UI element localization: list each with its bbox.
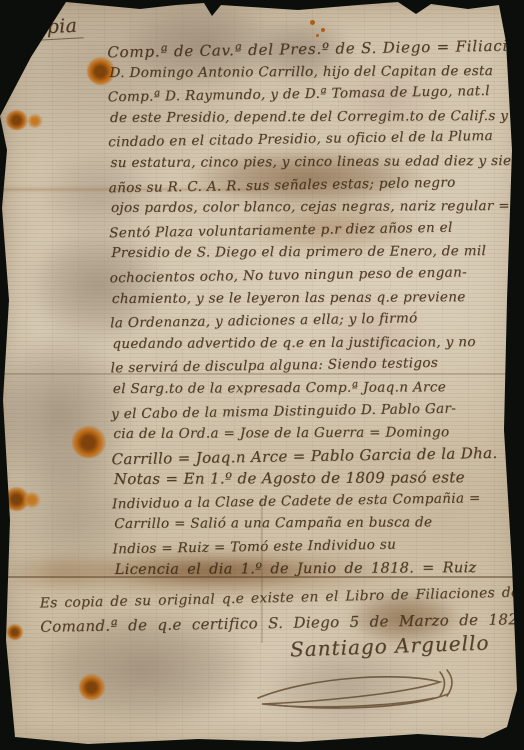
- rust-spot: [79, 674, 105, 700]
- manuscript-line: la Ordenanza, y adiciones a ella; y lo f…: [110, 306, 512, 335]
- rust-spot: [87, 57, 115, 85]
- manuscript-line: Licencia el dia 1.º de Junio de 1818. = …: [115, 557, 517, 582]
- manuscript-line: de este Presidio, depend.te del Corregim…: [110, 105, 512, 130]
- rust-speck: [310, 20, 315, 25]
- manuscript-line: Comp.ª D. Raymundo, y de D.ª Tomasa de L…: [108, 80, 510, 109]
- mottling-stain: [118, 0, 293, 88]
- certification-line: Es copia de su original q.e existe en el…: [39, 581, 521, 617]
- manuscript-line: el Sarg.to de la expresada Comp.ª Joaq.n…: [113, 376, 515, 401]
- manuscript-line: su estatura, cinco pies, y cinco lineas …: [110, 150, 512, 175]
- signature-text: Santiago Arguello: [290, 631, 490, 662]
- mottling-stain: [300, 268, 450, 398]
- manuscript-line: chamiento, y se le leyeron las penas q.e…: [112, 285, 514, 310]
- rust-spot: [27, 114, 43, 128]
- mottling-stain: [252, 16, 352, 86]
- rust-spot: [6, 110, 28, 130]
- fold-crease: [0, 576, 524, 578]
- rust-spot: [5, 487, 29, 511]
- mottling-stain: [258, 640, 430, 732]
- manuscript-line: Sentó Plaza voluntariamente p.r diez año…: [109, 215, 511, 244]
- rust-spot: [72, 426, 106, 458]
- mottling-stain: [38, 148, 158, 240]
- mottling-stain: [8, 438, 140, 588]
- manuscript-line: Carrillo = Joaq.n Arce = Pablo Garcia de…: [111, 441, 513, 470]
- copy-label: Copia: [17, 14, 83, 41]
- manuscript-line: Individuo a la Clase de Cadete de esta C…: [112, 487, 514, 516]
- rust-spot: [7, 624, 23, 640]
- manuscript-line: ochocientos ocho, No tuvo ningun peso de…: [109, 261, 511, 290]
- signature-flourish: [252, 660, 462, 718]
- rust-spot: [23, 492, 41, 508]
- rust-speck: [321, 28, 325, 32]
- manuscript-line: D. Domingo Antonio Carrillo, hijo del Ca…: [109, 60, 511, 85]
- manuscript-body: Comp.ª de Cav.ª del Pres.º de S. Diego =…: [107, 36, 515, 582]
- mottling-stain: [30, 608, 260, 730]
- fold-crease: [0, 188, 260, 191]
- fold-crease: [0, 373, 524, 375]
- fold-smudge: [0, 555, 120, 590]
- certification-line: Comand.ª de q.e certifico S. Diego 5 de …: [40, 607, 522, 640]
- manuscript-line: Notas = En 1.º de Agosto de 1809 pasó es…: [114, 466, 516, 491]
- fold-smudge: [85, 555, 335, 587]
- manuscript-line: Indios = Ruiz = Tomó este Individuo su: [112, 532, 514, 561]
- manuscript-line: años su R. C. A. R. sus señales estas; p…: [109, 170, 511, 199]
- manuscript-line: quedando advertido de q.e en la justific…: [112, 331, 514, 356]
- manuscript-line: Comp.ª de Cav.ª del Pres.º de S. Diego =…: [107, 35, 509, 64]
- ink-smudge: [185, 148, 430, 208]
- fold-smudge: [40, 545, 420, 600]
- manuscript-line: le servirá de disculpa alguna: Siendo te…: [110, 351, 512, 380]
- fold-crease: [261, 498, 263, 643]
- ink-smudge: [235, 200, 425, 255]
- manuscript-line: ojos pardos, color blanco, cejas negras,…: [111, 195, 513, 220]
- mottling-stain: [26, 224, 168, 346]
- mottling-stain: [0, 330, 136, 500]
- manuscript-line: cindado en el citado Presidio, su oficio…: [108, 125, 510, 154]
- manuscript-line: cia de la Ord.a = Jose de la Guerra = Do…: [113, 421, 515, 446]
- manuscript-line: Presidio de S. Diego el dia primero de E…: [111, 240, 513, 265]
- ink-smudge: [345, 590, 463, 646]
- manuscript-line: y el Cabo de la misma Distinguido D. Pab…: [111, 396, 513, 425]
- scanned-document-photo: { "page": { "background_color": "#0b0e0a…: [0, 0, 524, 750]
- rust-speck: [316, 34, 319, 37]
- manuscript-line: Carrillo = Salió a una Campaña en busca …: [114, 511, 516, 536]
- document-page: Copia Comp.ª de Cav.ª del Pres.º de S. D…: [0, 0, 524, 750]
- certification-block: Es copia de su original q.e existe en el…: [39, 581, 522, 642]
- mottling-stain: [325, 55, 450, 145]
